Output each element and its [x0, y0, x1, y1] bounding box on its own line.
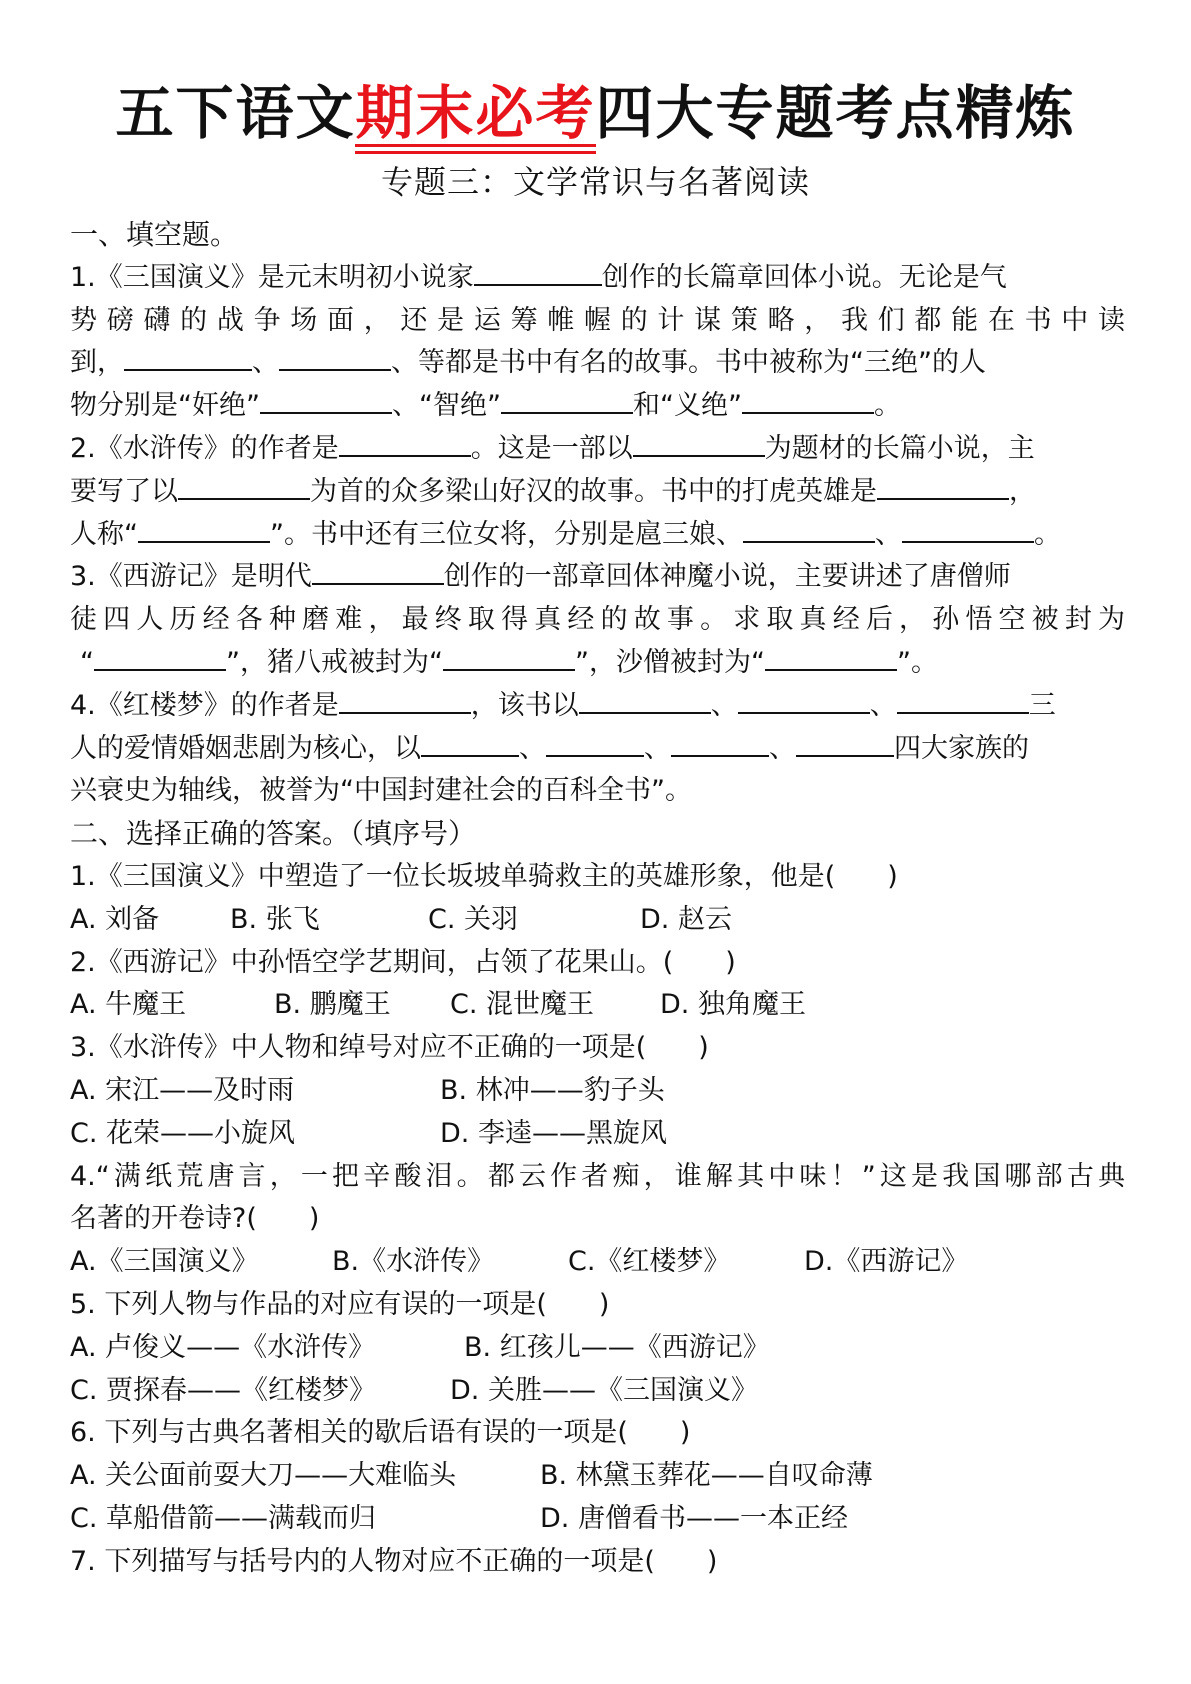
- fill-question-4-line-2: 人的爱情婚姻悲剧为核心，以、、、四大家族的: [70, 728, 1125, 771]
- choice-options-5a: A. 卢俊义——《水浒传》B. 红孩儿——《西游记》: [70, 1327, 1125, 1370]
- answer-blank[interactable]: [339, 429, 471, 457]
- answer-blank[interactable]: [124, 343, 252, 371]
- fill-question-1-line-1: 1.《三国演义》是元末明初小说家创作的长篇章回体小说。无论是气: [70, 257, 1125, 300]
- fill-question-2-line-2: 要写了以为首的众多梁山好汉的故事。书中的打虎英雄是，: [70, 471, 1125, 514]
- answer-blank[interactable]: [738, 686, 870, 714]
- answer-blank[interactable]: [671, 729, 769, 757]
- title-highlight: 期末必考: [355, 78, 595, 148]
- choice-question-2: 2.《西游记》中孙悟空学艺期间，占领了花果山。(): [70, 942, 1125, 985]
- option-d[interactable]: D. 李逵——黑旋风: [440, 1113, 667, 1156]
- answer-blank[interactable]: [546, 729, 644, 757]
- option-a[interactable]: A. 刘备: [70, 899, 230, 942]
- choice-question-1: 1.《三国演义》中塑造了一位长坂坡单骑救主的英雄形象，他是(): [70, 856, 1125, 899]
- option-a[interactable]: A. 牛魔王: [70, 984, 274, 1027]
- option-a[interactable]: A. 卢俊义——《水浒传》: [70, 1327, 464, 1370]
- answer-blank[interactable]: [279, 343, 391, 371]
- option-a[interactable]: A. 关公面前耍大刀——大难临头: [70, 1455, 540, 1498]
- fill-question-1-line-2: 势磅礴的战争场面，还是运筹帷幄的计谋策略，我们都能在书中读: [70, 300, 1125, 343]
- fill-question-4-line-3: 兴衰史为轴线，被誉为“中国封建社会的百科全书”。: [70, 770, 1125, 813]
- choice-options-6a: A. 关公面前耍大刀——大难临头B. 林黛玉葬花——自叹命薄: [70, 1455, 1125, 1498]
- page-title: 五下语文期末必考四大专题考点精炼: [0, 78, 1191, 148]
- choice-options-2: A. 牛魔王B. 鹏魔王C. 混世魔王D. 独角魔王: [70, 984, 1125, 1027]
- answer-blank[interactable]: [339, 686, 471, 714]
- answer-blank[interactable]: [765, 643, 897, 671]
- fill-question-1-line-3: 到，、、等都是书中有名的故事。书中被称为“三绝”的人: [70, 342, 1125, 385]
- answer-blank[interactable]: [138, 515, 270, 543]
- choice-question-6: 6. 下列与古典名著相关的歇后语有误的一项是(): [70, 1412, 1125, 1455]
- option-b[interactable]: B. 张飞: [230, 899, 428, 942]
- answer-blank[interactable]: [94, 643, 226, 671]
- section-heading-multiple-choice: 二、选择正确的答案。（填序号）: [70, 813, 1125, 856]
- option-c[interactable]: C. 草船借箭——满载而归: [70, 1498, 540, 1541]
- answer-blank[interactable]: [742, 386, 874, 414]
- choice-question-3: 3.《水浒传》中人物和绰号对应不正确的一项是(): [70, 1027, 1125, 1070]
- choice-options-1: A. 刘备B. 张飞C. 关羽D. 赵云: [70, 899, 1125, 942]
- answer-blank[interactable]: [743, 515, 875, 543]
- option-c[interactable]: C. 贾探春——《红楼梦》: [70, 1370, 450, 1413]
- option-d[interactable]: D. 关胜——《三国演义》: [450, 1370, 758, 1413]
- option-c[interactable]: C. 关羽: [428, 899, 640, 942]
- answer-blank[interactable]: [796, 729, 894, 757]
- option-b[interactable]: B. 鹏魔王: [274, 984, 450, 1027]
- fill-question-2-line-1: 2.《水浒传》的作者是。这是一部以为题材的长篇小说，主: [70, 428, 1125, 471]
- answer-blank[interactable]: [260, 386, 392, 414]
- option-b[interactable]: B. 林冲——豹子头: [440, 1070, 665, 1113]
- choice-options-4: A.《三国演义》B.《水浒传》C.《红楼梦》D.《西游记》: [70, 1241, 1125, 1284]
- fill-question-4-line-1: 4.《红楼梦》的作者是，该书以、、三: [70, 685, 1125, 728]
- choice-question-5: 5. 下列人物与作品的对应有误的一项是(): [70, 1284, 1125, 1327]
- fill-question-3-line-1: 3.《西游记》是明代创作的一部章回体神魔小说，主要讲述了唐僧师: [70, 556, 1125, 599]
- title-prefix: 五下语文: [115, 79, 355, 147]
- fill-question-3-line-2: 徒四人历经各种磨难，最终取得真经的故事。求取真经后，孙悟空被封为: [70, 599, 1125, 642]
- answer-blank[interactable]: [178, 472, 310, 500]
- answer-blank[interactable]: [312, 557, 444, 585]
- choice-options-3b: C. 花荣——小旋风D. 李逵——黑旋风: [70, 1113, 1125, 1156]
- option-c[interactable]: C. 混世魔王: [450, 984, 660, 1027]
- choice-options-6b: C. 草船借箭——满载而归D. 唐僧看书——一本正经: [70, 1498, 1125, 1541]
- option-d[interactable]: D. 赵云: [640, 899, 732, 942]
- option-b[interactable]: B. 林黛玉葬花——自叹命薄: [540, 1455, 873, 1498]
- worksheet-content: 一、填空题。 1.《三国演义》是元末明初小说家创作的长篇章回体小说。无论是气 势…: [70, 214, 1125, 1584]
- choice-question-4-line-1: 4.“满纸荒唐言，一把辛酸泪。都云作者痴，谁解其中味！”这是我国哪部古典: [70, 1156, 1125, 1199]
- option-d[interactable]: D. 唐僧看书——一本正经: [540, 1498, 848, 1541]
- answer-blank[interactable]: [633, 429, 765, 457]
- answer-blank[interactable]: [897, 686, 1029, 714]
- answer-blank[interactable]: [902, 515, 1034, 543]
- option-c[interactable]: C. 花荣——小旋风: [70, 1113, 440, 1156]
- section-heading-fill-in: 一、填空题。: [70, 214, 1125, 257]
- option-a[interactable]: A. 宋江——及时雨: [70, 1070, 440, 1113]
- answer-blank[interactable]: [501, 386, 633, 414]
- page-subtitle: 专题三：文学常识与名著阅读: [0, 160, 1191, 204]
- answer-blank[interactable]: [421, 729, 519, 757]
- option-d[interactable]: D. 独角魔王: [660, 984, 806, 1027]
- fill-question-2-line-3: 人称“”。书中还有三位女将，分别是扈三娘、、。: [70, 514, 1125, 557]
- choice-options-3a: A. 宋江——及时雨B. 林冲——豹子头: [70, 1070, 1125, 1113]
- fill-question-1-line-4: 物分别是“奸绝”、“智绝”和“义绝”。: [70, 385, 1125, 428]
- option-b[interactable]: B.《水浒传》: [332, 1241, 568, 1284]
- answer-blank[interactable]: [877, 472, 1009, 500]
- option-d[interactable]: D.《西游记》: [804, 1241, 968, 1284]
- option-b[interactable]: B. 红孩儿——《西游记》: [464, 1327, 770, 1370]
- choice-options-5b: C. 贾探春——《红楼梦》D. 关胜——《三国演义》: [70, 1370, 1125, 1413]
- fill-question-3-line-3: “”，猪八戒被封为“”，沙僧被封为“”。: [70, 642, 1125, 685]
- answer-blank[interactable]: [443, 643, 575, 671]
- option-a[interactable]: A.《三国演义》: [70, 1241, 332, 1284]
- option-c[interactable]: C.《红楼梦》: [568, 1241, 804, 1284]
- choice-question-4-line-2: 名著的开卷诗?(): [70, 1198, 1125, 1241]
- choice-question-7: 7. 下列描写与括号内的人物对应不正确的一项是(): [70, 1541, 1125, 1584]
- title-suffix: 四大专题考点精炼: [596, 79, 1076, 147]
- answer-blank[interactable]: [474, 258, 602, 286]
- answer-blank[interactable]: [579, 686, 711, 714]
